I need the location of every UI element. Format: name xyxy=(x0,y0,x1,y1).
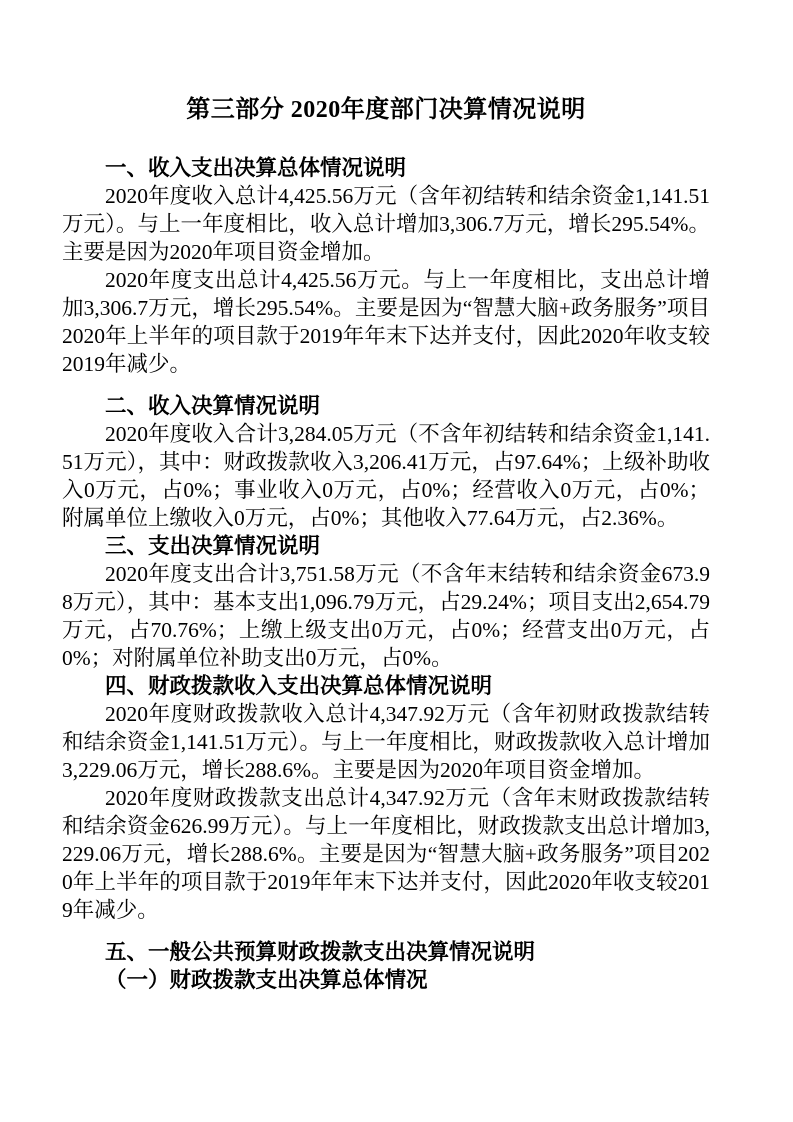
paragraph: 2020年度支出总计4,425.56万元。与上一年度相比，支出总计增加3,306… xyxy=(62,266,710,378)
section-heading: 四、财政拨款收入支出决算总体情况说明 xyxy=(62,672,710,700)
paragraph: 2020年度收入合计3,284.05万元（不含年初结转和结余资金1,141.51… xyxy=(62,420,710,532)
section-heading: 三、支出决算情况说明 xyxy=(62,532,710,560)
section-heading: 五、一般公共预算财政拨款支出决算情况说明 xyxy=(62,938,710,966)
blank-line-spacer xyxy=(62,924,710,938)
section-expense-settlement: 三、支出决算情况说明 2020年度支出合计3,751.58万元（不含年末结转和结… xyxy=(62,532,710,672)
section-fiscal-appropriation-overview: 四、财政拨款收入支出决算总体情况说明 2020年度财政拨款收入总计4,347.9… xyxy=(62,672,710,924)
document-content: 第三部分 2020年度部门决算情况说明 一、收入支出决算总体情况说明 2020年… xyxy=(62,94,710,994)
section-income-settlement: 二、收入决算情况说明 2020年度收入合计3,284.05万元（不含年初结转和结… xyxy=(62,392,710,532)
section-general-public-budget: 五、一般公共预算财政拨款支出决算情况说明 （一）财政拨款支出决算总体情况 xyxy=(62,938,710,994)
section-income-expense-overview: 一、收入支出决算总体情况说明 2020年度收入总计4,425.56万元（含年初结… xyxy=(62,154,710,378)
paragraph: 2020年度财政拨款收入总计4,347.92万元（含年初财政拨款结转和结余资金1… xyxy=(62,700,710,784)
paragraph: 2020年度收入总计4,425.56万元（含年初结转和结余资金1,141.51万… xyxy=(62,182,710,266)
paragraph: 2020年度支出合计3,751.58万元（不含年末结转和结余资金673.98万元… xyxy=(62,560,710,672)
section-heading: 二、收入决算情况说明 xyxy=(62,392,710,420)
section-subheading: （一）财政拨款支出决算总体情况 xyxy=(62,966,710,994)
section-heading: 一、收入支出决算总体情况说明 xyxy=(62,154,710,182)
document-title: 第三部分 2020年度部门决算情况说明 xyxy=(62,94,710,126)
document-page: 第三部分 2020年度部门决算情况说明 一、收入支出决算总体情况说明 2020年… xyxy=(0,0,793,1122)
paragraph: 2020年度财政拨款支出总计4,347.92万元（含年末财政拨款结转和结余资金6… xyxy=(62,784,710,924)
blank-line-spacer xyxy=(62,378,710,392)
